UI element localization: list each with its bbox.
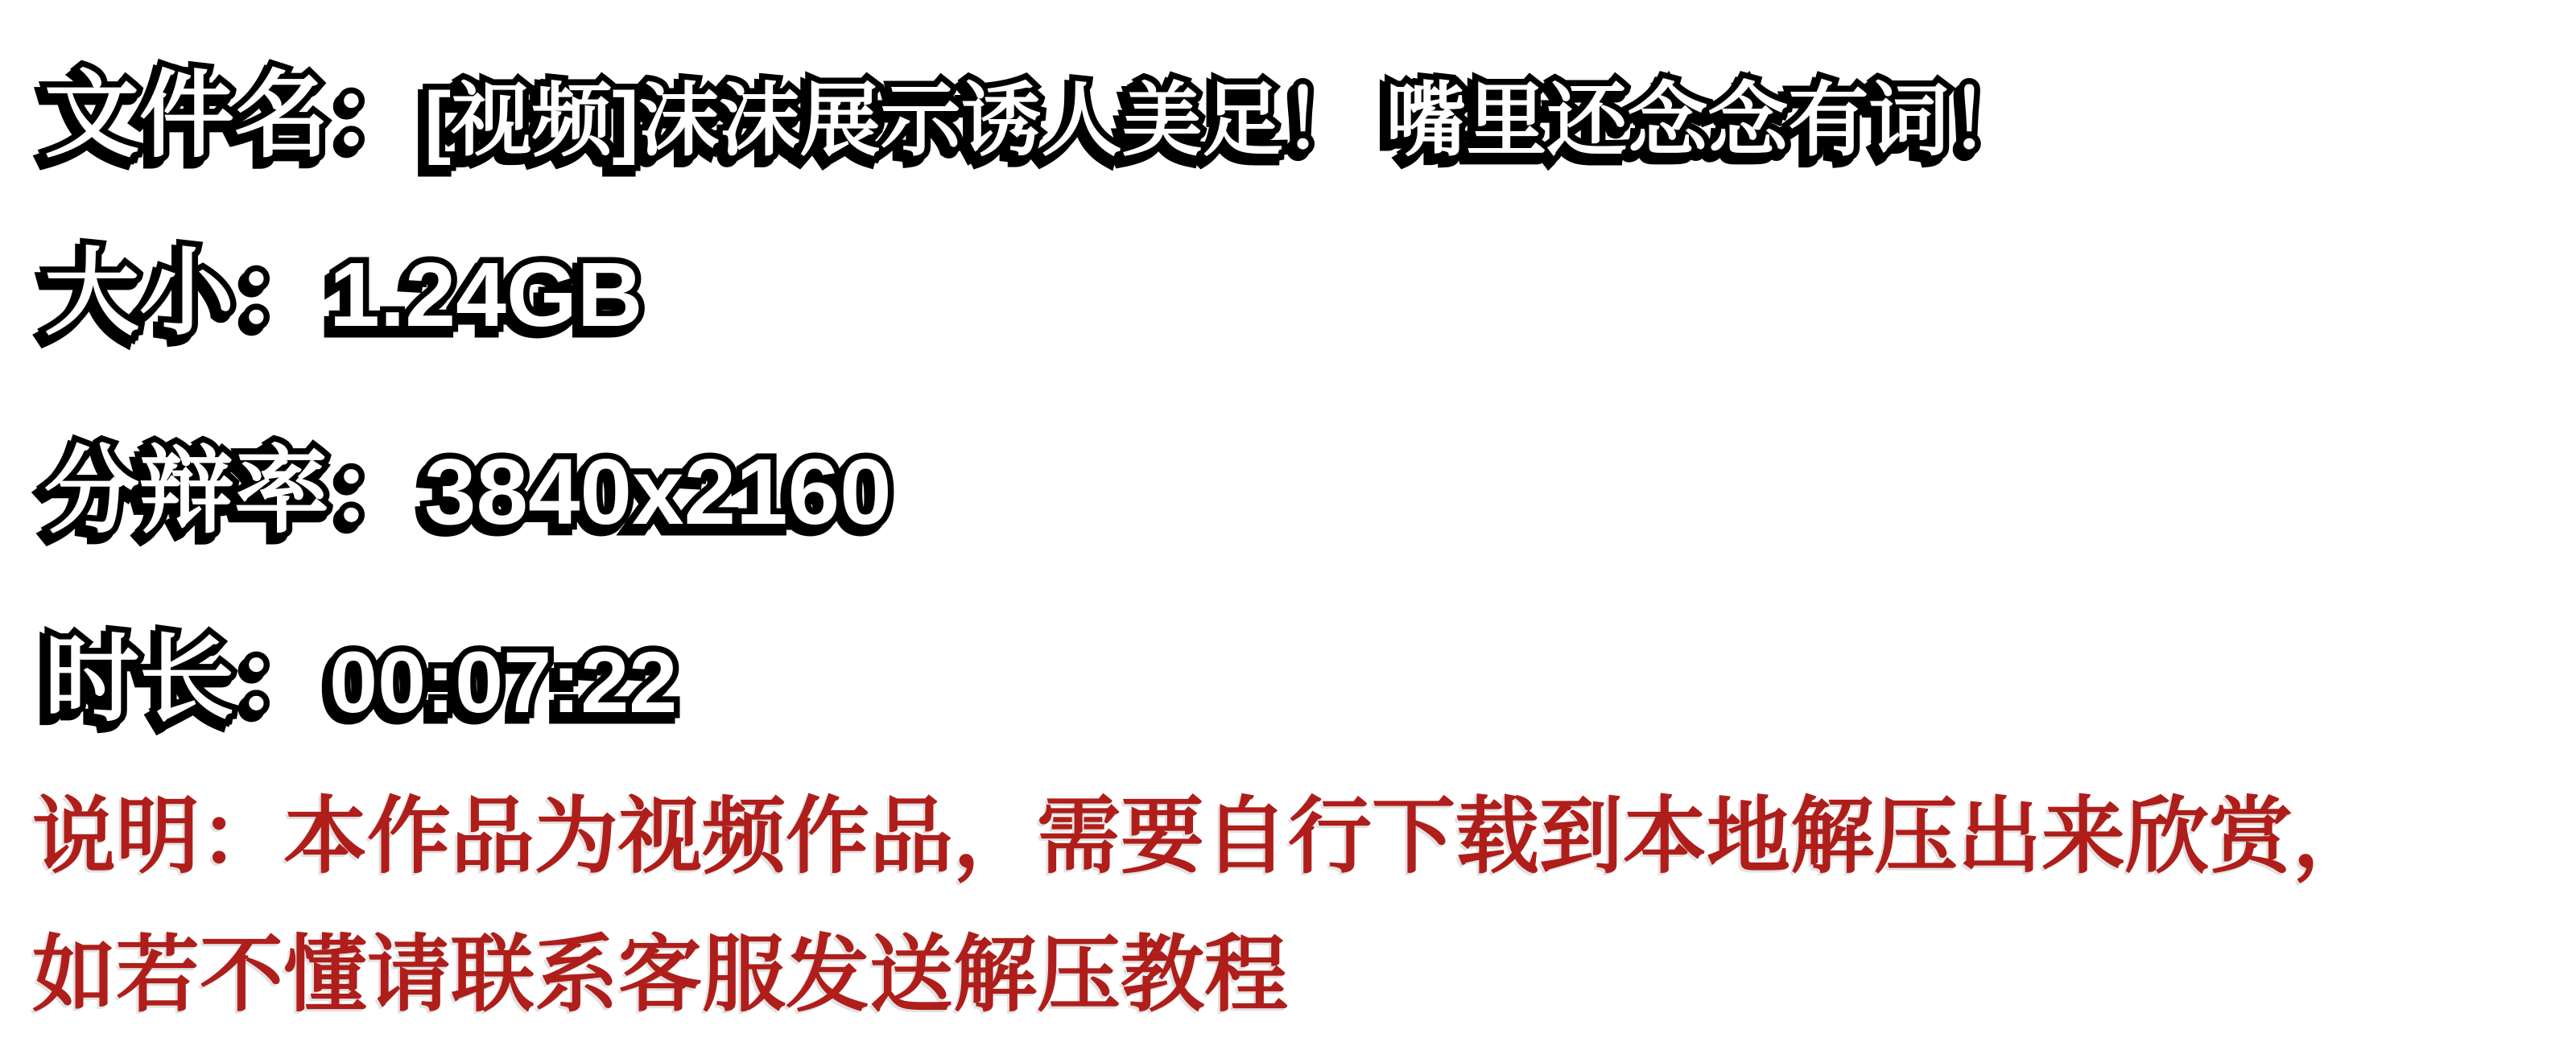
- filename-label: 文件名：: [44, 63, 424, 169]
- field-size: 大小：1.24GB 大小：1.24GB 大小：1.24GB: [44, 246, 642, 341]
- field-duration: 时长：00:07:22 时长：00:07:22 时长：00:07:22: [44, 632, 677, 727]
- resolution-text-stack: 分辩率：3840x2160 分辩率：3840x2160 分辩率：3840x216…: [44, 444, 892, 539]
- duration-fill-layer: 时长：00:07:22: [44, 702, 677, 715]
- size-fill-layer: 大小：1.24GB: [44, 315, 642, 329]
- field-filename: 文件名：[视频]沫沫展示诱人美足！ 嘴里还念念有词！ 文件名：[视频]沫沫展示诱…: [44, 68, 2029, 163]
- resolution-value: 3840x2160: [424, 439, 892, 544]
- filename-fill-layer: 文件名：[视频]沫沫展示诱人美足！ 嘴里还念念有词！: [44, 138, 2029, 151]
- duration-label: 时长：: [44, 627, 329, 733]
- field-resolution: 分辩率：3840x2160 分辩率：3840x2160 分辩率：3840x216…: [44, 444, 892, 539]
- resolution-fill-layer: 分辩率：3840x2160: [44, 513, 892, 527]
- duration-text-stack: 时长：00:07:22 时长：00:07:22 时长：00:07:22: [44, 632, 677, 727]
- filename-text-stack: 文件名：[视频]沫沫展示诱人美足！ 嘴里还念念有词！ 文件名：[视频]沫沫展示诱…: [44, 68, 2029, 163]
- note-line-2: 如若不懂请联系客服发送解压教程: [32, 933, 1288, 1017]
- size-label: 大小：: [44, 241, 329, 347]
- note-line-1: 说明：本作品为视频作品，需要自行下载到本地解压出来欣赏，: [32, 795, 2376, 879]
- filename-value: [视频]沫沫展示诱人美足！ 嘴里还念念有词！: [424, 76, 2029, 166]
- file-info-banner: 文件名：[视频]沫沫展示诱人美足！ 嘴里还念念有词！ 文件名：[视频]沫沫展示诱…: [0, 0, 2576, 1046]
- duration-value: 00:07:22: [329, 633, 677, 731]
- size-text-stack: 大小：1.24GB 大小：1.24GB 大小：1.24GB: [44, 246, 642, 341]
- resolution-label: 分辩率：: [44, 439, 424, 545]
- size-value: 1.24GB: [329, 244, 642, 345]
